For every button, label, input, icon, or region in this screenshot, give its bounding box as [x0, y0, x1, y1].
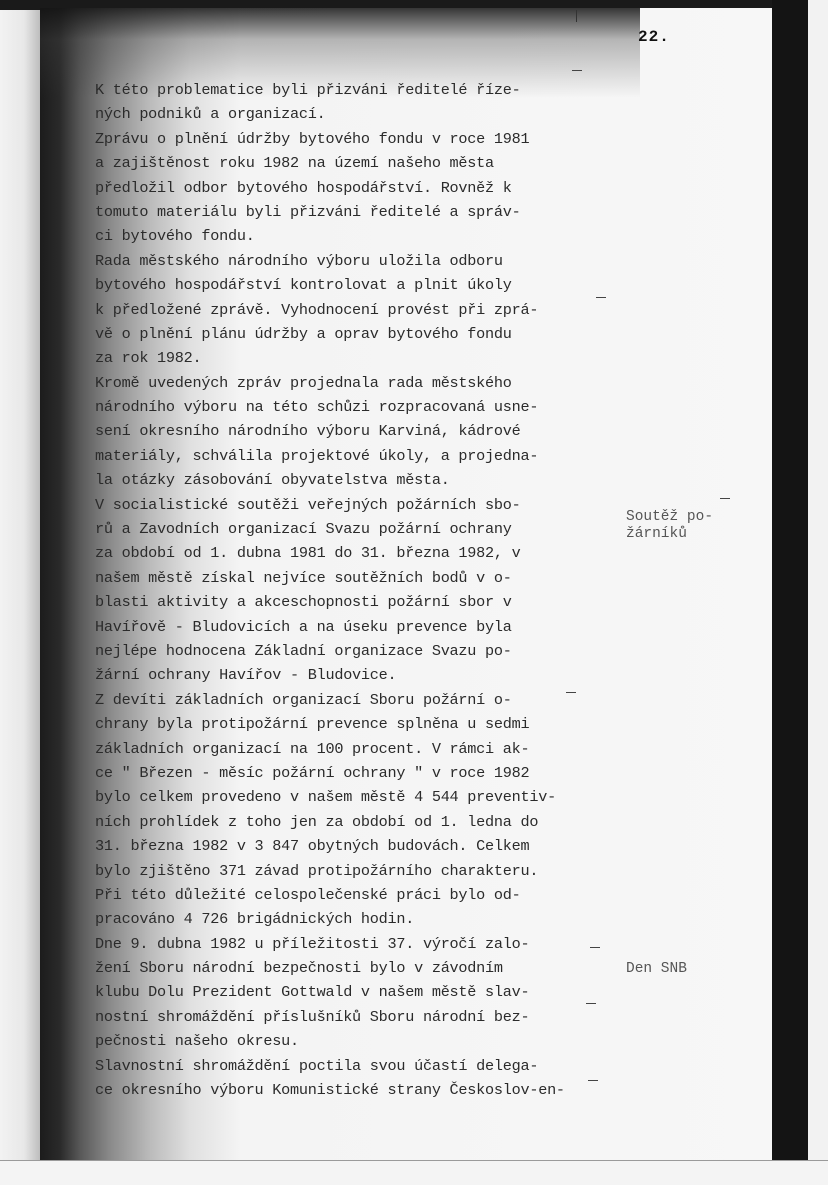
- scan-left-margin: [0, 10, 40, 1170]
- text-line: Kromě uvedených zpráv projednala rada mě…: [95, 371, 615, 395]
- text-line: předložil odbor bytového hospodářství. R…: [95, 176, 615, 200]
- text-line: národního výboru na této schůzi rozpraco…: [95, 395, 615, 419]
- margin-dash: [572, 70, 582, 71]
- text-line: ních prohlídek z toho jen za období od 1…: [95, 810, 615, 834]
- text-line: rů a Zavodních organizací Svazu požární …: [95, 517, 615, 541]
- margin-note-fire-competition: Soutěž po- žárníků: [626, 509, 713, 543]
- text-line: za rok 1982.: [95, 346, 615, 370]
- margin-dash: [586, 1003, 596, 1004]
- text-line: pečnosti našeho okresu.: [95, 1029, 615, 1053]
- margin-dash: [566, 692, 576, 693]
- text-line: la otázky zásobování obyvatelstva města.: [95, 468, 615, 492]
- scan-bottom-margin: [0, 1160, 828, 1185]
- text-line: našem městě získal nejvíce soutěžních bo…: [95, 566, 615, 590]
- text-line: pracováno 4 726 brigádnických hodin.: [95, 907, 615, 931]
- margin-note-snb-day: Den SNB: [626, 961, 687, 978]
- typewritten-body: K této problematice byli přizváni ředite…: [95, 78, 615, 1102]
- text-line: 31. března 1982 v 3 847 obytných budovác…: [95, 834, 615, 858]
- text-line: Při této důležité celospolečenské práci …: [95, 883, 615, 907]
- margin-dash: [588, 1080, 598, 1081]
- text-line: chrany byla protipožární prevence splněn…: [95, 712, 615, 736]
- text-line: Havířově - Bludovicích a na úseku preven…: [95, 615, 615, 639]
- text-line: bylo zjištěno 371 závad protipožárního c…: [95, 859, 615, 883]
- text-line: za období od 1. dubna 1981 do 31. března…: [95, 541, 615, 565]
- text-line: a zajištěnost roku 1982 na území našeho …: [95, 151, 615, 175]
- text-line: ci bytového fondu.: [95, 224, 615, 248]
- text-line: bylo celkem provedeno v našem městě 4 54…: [95, 785, 615, 809]
- margin-dash: [720, 498, 730, 499]
- margin-dash: [596, 297, 606, 298]
- text-line: základních organizací na 100 procent. V …: [95, 737, 615, 761]
- scan-right-margin: [808, 0, 828, 1185]
- text-line: V socialistické soutěži veřejných požárn…: [95, 493, 615, 517]
- page-tick-mark: [576, 10, 577, 22]
- text-line: blasti aktivity a akceschopnosti požární…: [95, 590, 615, 614]
- text-line: Rada městského národního výboru uložila …: [95, 249, 615, 273]
- page-number: 22.: [638, 28, 670, 46]
- text-line: k předložené zprávě. Vyhodnocení provést…: [95, 298, 615, 322]
- text-line: Dne 9. dubna 1982 u příležitosti 37. výr…: [95, 932, 615, 956]
- text-line: ce okresního výboru Komunistické strany …: [95, 1078, 615, 1102]
- text-line: materiály, schválila projektové úkoly, a…: [95, 444, 615, 468]
- text-line: Zprávu o plnění údržby bytového fondu v …: [95, 127, 615, 151]
- text-line: žení Sboru národní bezpečnosti bylo v zá…: [95, 956, 615, 980]
- text-line: žární ochrany Havířov - Bludovice.: [95, 663, 615, 687]
- text-line: sení okresního národního výboru Karviná,…: [95, 419, 615, 443]
- text-line: Slavnostní shromáždění poctila svou účas…: [95, 1054, 615, 1078]
- text-line: vě o plnění plánu údržby a oprav bytovéh…: [95, 322, 615, 346]
- text-line: K této problematice byli přizváni ředite…: [95, 78, 615, 102]
- text-line: ných podniků a organizací.: [95, 102, 615, 126]
- margin-dash: [590, 947, 600, 948]
- text-line: Z devíti základních organizací Sboru pož…: [95, 688, 615, 712]
- text-line: tomuto materiálu byli přizváni ředitelé …: [95, 200, 615, 224]
- scan-right-border: [772, 0, 808, 1160]
- text-line: klubu Dolu Prezident Gottwald v našem mě…: [95, 980, 615, 1004]
- text-line: nejlépe hodnocena Základní organizace Sv…: [95, 639, 615, 663]
- text-line: nostní shromáždění příslušníků Sboru nár…: [95, 1005, 615, 1029]
- text-line: ce " Březen - měsíc požární ochrany " v …: [95, 761, 615, 785]
- text-line: bytového hospodářství kontrolovat a plni…: [95, 273, 615, 297]
